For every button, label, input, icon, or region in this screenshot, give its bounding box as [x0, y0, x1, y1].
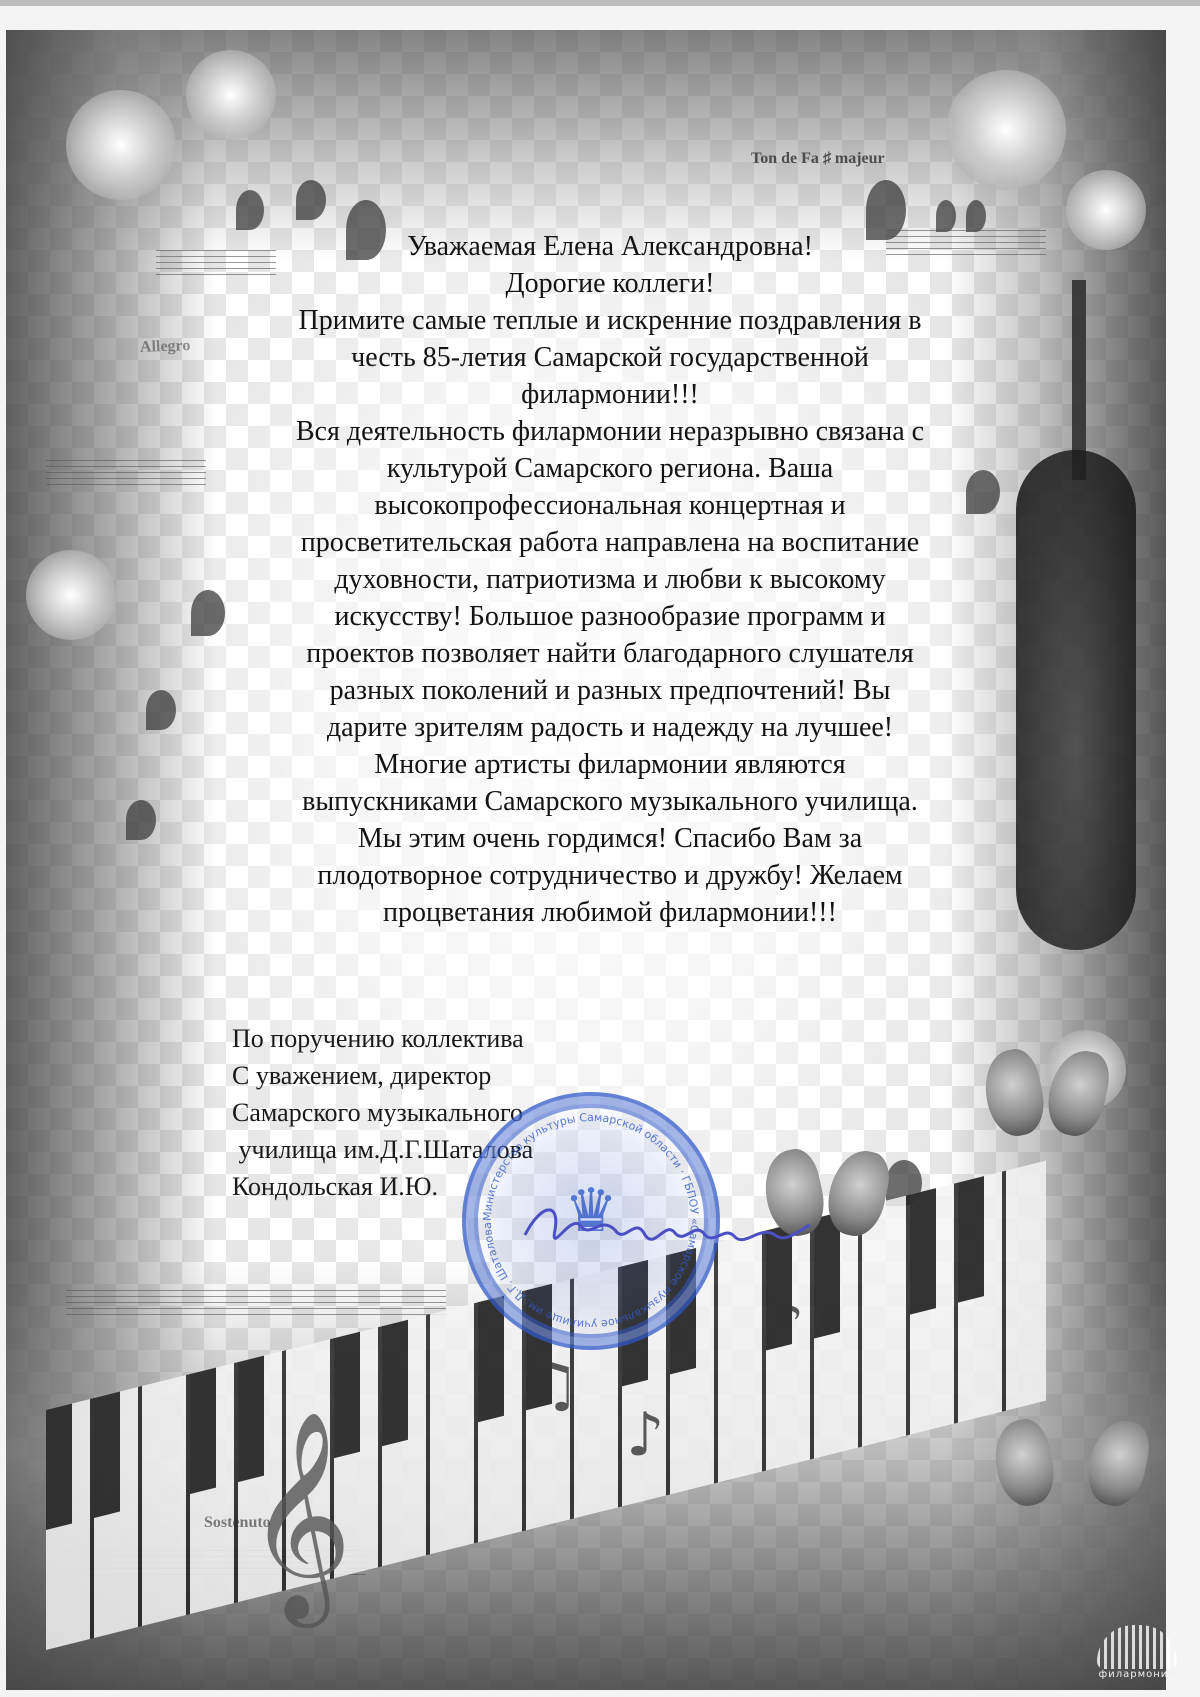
leaf-decoration	[126, 800, 156, 840]
letter-line: культурой Самарского региона. Ваша	[200, 450, 1020, 487]
flower-decoration	[1066, 170, 1146, 250]
leaf-decoration	[146, 690, 176, 730]
letter-line: разных поколений и разных предпочтений! …	[200, 672, 1020, 709]
letter-line: выпускниками Самарского музыкального учи…	[200, 783, 1020, 820]
scan-top-edge	[0, 0, 1200, 6]
philharmonic-watermark: филармония	[1082, 1625, 1192, 1691]
signature-line: По поручению коллектива	[232, 1020, 752, 1057]
leaf-decoration	[296, 180, 326, 220]
signature-line: С уважением, директор	[232, 1057, 752, 1094]
letter-line: честь 85-летия Самарской государственной	[200, 339, 1020, 376]
letter-line: Вся деятельность филармонии неразрывно с…	[200, 413, 1020, 450]
letter-line: филармонии!!!	[200, 376, 1020, 413]
tempo-label-top: Ton de Fa ♯ majeur	[751, 150, 885, 168]
flower-decoration	[186, 50, 276, 140]
violin-decoration	[1016, 450, 1136, 950]
letter-line: высокопрофессиональная концертная и	[200, 487, 1020, 524]
flower-decoration	[946, 70, 1066, 190]
letter-line: дарите зрителям радость и надежду на луч…	[200, 709, 1020, 746]
butterfly-decoration	[986, 1050, 1106, 1140]
music-note-icon: ♪	[626, 1400, 664, 1470]
letter-line: искусству! Большое разнообразие программ…	[200, 598, 1020, 635]
tempo-label-left: Allegro	[140, 337, 191, 357]
watermark-label: филармония	[1082, 1669, 1192, 1680]
music-staff	[46, 460, 206, 486]
letter-greeting: Уважаемая Елена Александровна!	[200, 228, 1020, 265]
letter-salutation: Дорогие коллеги!	[200, 265, 1020, 302]
handwritten-signature	[520, 1195, 820, 1265]
flower-decoration	[26, 550, 116, 640]
philharmonic-logo-icon	[1097, 1625, 1177, 1669]
letter-body: Уважаемая Елена Александровна! Дорогие к…	[200, 228, 1020, 931]
letter-line: Многие артисты филармонии являются	[200, 746, 1020, 783]
letter-line: просветительская работа направлена на во…	[200, 524, 1020, 561]
letter-line: Примите самые теплые и искренние поздрав…	[200, 302, 1020, 339]
music-note-icon: ♪	[766, 1290, 804, 1360]
music-note-icon: ♫	[526, 1350, 580, 1420]
letter-line: процветания любимой филармонии!!!	[200, 894, 1020, 931]
letter-line: плодотворное сотрудничество и дружбу! Же…	[200, 857, 1020, 894]
flower-decoration	[66, 90, 176, 200]
letter-line: проектов позволяет найти благодарного сл…	[200, 635, 1020, 672]
letter-line: духовности, патриотизма и любви к высоко…	[200, 561, 1020, 598]
leaf-decoration	[236, 190, 264, 230]
letter-line: Мы этим очень гордимся! Спасибо Вам за	[200, 820, 1020, 857]
butterfly-decoration	[996, 1420, 1146, 1550]
music-staff	[66, 1290, 446, 1316]
tempo-label-bottom: Sostenuto	[204, 1514, 271, 1532]
